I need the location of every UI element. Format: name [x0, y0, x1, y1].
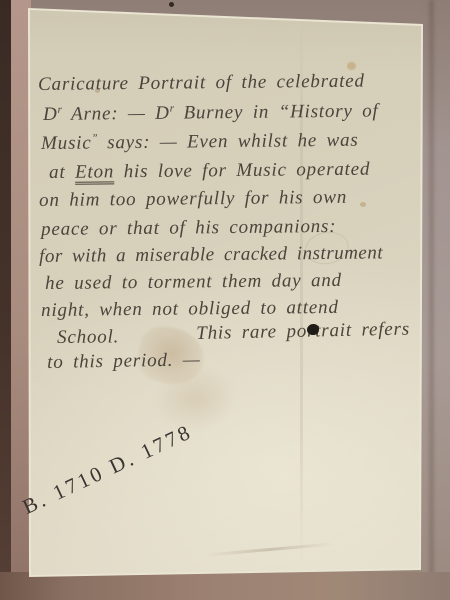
text-segment: D	[43, 104, 58, 125]
manuscript-line-8: he used to torment them day and	[45, 270, 342, 295]
manuscript-line-5: on him too powerfully for his own	[39, 187, 347, 212]
text-segment: his love for Music operated	[114, 159, 370, 183]
text-segment: peace or that of his companions:	[41, 216, 336, 240]
ink-blot	[307, 324, 319, 335]
manuscript-line-4: at Eton his love for Music operated	[49, 159, 370, 184]
manuscript-line-7: for with a miserable cracked instrument	[39, 242, 383, 268]
manuscript-line-10: School.	[57, 326, 119, 349]
text-segment: School.	[57, 326, 119, 348]
manuscript-line-12: to this period. —	[47, 349, 201, 374]
underlined-word: Eton	[75, 161, 114, 182]
text-segment: Arne: — D	[62, 103, 170, 125]
handwritten-text: Caricature Portrait of the celebratedDr …	[0, 0, 450, 600]
text-segment: This rare portrait refers	[196, 319, 410, 344]
manuscript-line-9: night, when not obliged to attend	[41, 297, 339, 322]
text-segment: at	[49, 162, 75, 183]
manuscript-line-2: Dr Arne: — Dr Burney in “History of	[43, 100, 379, 126]
text-segment: Burney in “History of	[174, 100, 379, 123]
text-segment: says: — Even whilst he was	[98, 130, 359, 154]
text-segment: Music	[41, 132, 92, 154]
text-segment: night, when not obliged to attend	[41, 297, 339, 321]
text-segment: on him too powerfully for his own	[39, 187, 347, 211]
manuscript-line-1: Caricature Portrait of the celebrated	[38, 71, 365, 96]
text-segment: for with a miserable cracked instrument	[39, 242, 383, 267]
manuscript-line-6: peace or that of his companions:	[41, 216, 336, 241]
photograph: Caricature Portrait of the celebratedDr …	[0, 0, 450, 600]
manuscript-line-11: This rare portrait refers	[196, 319, 410, 345]
text-segment: he used to torment them day and	[45, 270, 342, 294]
text-segment: Caricature Portrait of the celebrated	[38, 71, 365, 95]
manuscript-line-3: Music” says: — Even whilst he was	[41, 130, 359, 155]
text-segment: to this period. —	[47, 349, 201, 373]
